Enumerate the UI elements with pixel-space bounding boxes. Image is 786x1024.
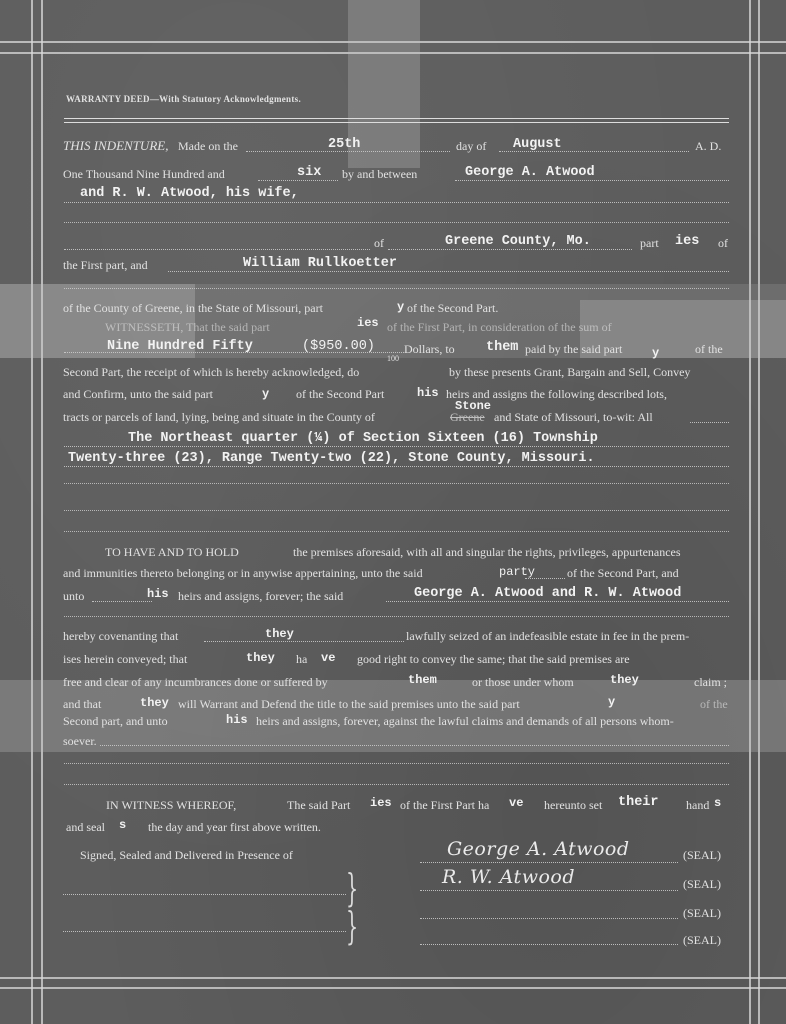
signed-in-presence-label: Signed, Sealed and Delivered in Presence… xyxy=(80,848,293,863)
blank-rule xyxy=(64,222,729,224)
day-value: 25th xyxy=(328,137,360,152)
grantor-signature-line-3[interactable] xyxy=(420,918,678,920)
blank-rule xyxy=(64,763,729,765)
covenants-ha: ha xyxy=(296,652,307,667)
grantee-field-line xyxy=(168,271,729,273)
border-line-bottom-inner xyxy=(0,987,786,989)
soever-field-line xyxy=(100,745,729,747)
legal-description-line-2: Twenty-three (23), Range Twenty-two (22)… xyxy=(68,451,595,466)
grantee-name: William Rullkoetter xyxy=(243,256,397,271)
witness-ve: ve xyxy=(509,796,523,810)
habendum-line-2b: of the Second Part, and xyxy=(567,566,679,581)
witnesseth-line-5b: and State of Missouri, to-wit: All xyxy=(494,410,653,425)
witnesseth-line-4-suffix: y xyxy=(262,387,269,401)
covenants-field-1 xyxy=(204,641,404,643)
seal-label: (SEAL) xyxy=(683,933,721,948)
covenants-line-6: soever. xyxy=(63,734,97,749)
deed-document: WARRANTY DEED—With Statutory Acknowledgm… xyxy=(0,0,786,1024)
all-field-line xyxy=(690,422,729,424)
covenants-line-2b: good right to convey the same; that the … xyxy=(357,652,630,667)
header-divider xyxy=(64,118,729,123)
witnesseth-line-4b: of the Second Part xyxy=(296,387,384,402)
covenants-his: his xyxy=(226,713,248,727)
witness-their: their xyxy=(618,795,659,810)
covenants-they-2: they xyxy=(246,651,275,665)
made-on-label: Made on the xyxy=(178,139,238,154)
witnesseth-line-4a: and Confirm, unto the said part xyxy=(63,387,213,402)
covenants-line-4-suffix: y xyxy=(608,695,615,709)
covenants-them: them xyxy=(408,673,437,687)
blank-rule xyxy=(64,510,729,512)
blank-rule xyxy=(64,531,729,533)
legal-rule-2 xyxy=(64,466,729,468)
covenants-line-4b: will Warrant and Defend the title to the… xyxy=(178,697,520,712)
part-label: part xyxy=(640,236,659,251)
grantor-signature-line-1[interactable] xyxy=(420,862,678,864)
covenants-line-3a: free and clear of any incumbrances done … xyxy=(63,675,328,690)
border-line-bottom-outer xyxy=(0,977,786,979)
covenants-line-2a: ises herein conveyed; that xyxy=(63,652,187,667)
covenants-line-4a: and that xyxy=(63,697,101,712)
witnesseth-line-1a: WITNESSETH, That the said part xyxy=(105,320,270,335)
paid-by-label: paid by the said part xyxy=(525,342,622,357)
of-the-label: of the xyxy=(695,342,723,357)
day-of-label: day of xyxy=(456,139,486,154)
border-line-right-inner xyxy=(758,0,760,1024)
grantor-line-2: and R. W. Atwood, his wife, xyxy=(80,186,299,201)
form-title: WARRANTY DEED—With Statutory Acknowledgm… xyxy=(66,94,301,104)
covenants-they-1: they xyxy=(265,627,294,641)
habendum-line-1: the premises aforesaid, with all and sin… xyxy=(293,545,681,560)
witnesseth-line-5a: tracts or parcels of land, lying, being … xyxy=(63,410,375,425)
seal-label: (SEAL) xyxy=(683,877,721,892)
unto-field-line xyxy=(92,601,152,603)
part-suffix: ies xyxy=(675,234,699,249)
covenants-ve: ve xyxy=(321,651,335,665)
covenants-they-3: they xyxy=(610,673,639,687)
blank-rule xyxy=(64,483,729,485)
witness-ies: ies xyxy=(370,796,392,810)
witness-hands-suffix: s xyxy=(714,796,721,810)
party-field-line xyxy=(525,578,565,580)
witnesseth-suffix: ies xyxy=(357,316,379,330)
amount-words: Nine Hundred Fifty xyxy=(107,339,253,354)
grantor-field-line xyxy=(455,180,729,182)
border-line-right-outer xyxy=(749,0,751,1024)
witness-line-2a: and seal xyxy=(66,820,105,835)
by-between-label: by and between xyxy=(342,167,417,182)
habendum-lead: TO HAVE AND TO HOLD xyxy=(105,545,239,560)
witness-hand: hand xyxy=(686,798,709,813)
habendum-line-3a: unto xyxy=(63,589,84,604)
witnesseth-line-3b: by these presents Grant, Bargain and Sel… xyxy=(449,365,690,380)
habendum-party: party xyxy=(499,565,535,579)
witness-line-1c: of the First Part ha xyxy=(400,798,489,813)
dollars-to-label: Dollars, to xyxy=(404,342,455,357)
covenants-line-1b: lawfully seized of an indefeasible estat… xyxy=(406,629,689,644)
covenants-claim: claim ; xyxy=(694,675,727,690)
grantors-field-line xyxy=(386,601,729,603)
witnesseth-line-1b: of the First Part, in consideration of t… xyxy=(387,320,612,335)
witness-line-1d: hereunto set xyxy=(544,798,602,813)
blank-rule xyxy=(64,288,729,290)
covenants-line-1a: hereby covenanting that xyxy=(63,629,178,644)
witness-seals-suffix: s xyxy=(119,818,126,832)
witnesseth-line-4-his: his xyxy=(417,386,439,400)
seal-label: (SEAL) xyxy=(683,848,721,863)
witness-line-1b: The said Part xyxy=(287,798,350,813)
border-line-left-inner xyxy=(41,0,43,1024)
residence-field-line xyxy=(64,249,370,251)
year-prefix: One Thousand Nine Hundred and xyxy=(63,167,225,182)
witness-lead: IN WITNESS WHEREOF, xyxy=(106,798,236,813)
seal-label: (SEAL) xyxy=(683,906,721,921)
second-part-label: of the Second Part. xyxy=(407,301,498,316)
blank-rule xyxy=(64,616,729,618)
legal-description-line-1: The Northeast quarter (¼) of Section Six… xyxy=(128,431,598,446)
year-value: six xyxy=(297,165,321,180)
amount-figures: ($950.00) xyxy=(302,339,375,354)
indenture-lead: THIS INDENTURE, xyxy=(63,138,168,154)
grantor-county: Greene County, Mo. xyxy=(445,234,591,249)
habendum-his: his xyxy=(147,587,169,601)
habendum-line-2a: and immunities thereto belonging or in a… xyxy=(63,566,423,581)
covenants-line-5b: heirs and assigns, forever, against the … xyxy=(256,714,674,729)
border-line-left-outer xyxy=(31,0,33,1024)
witness-signature-line-1[interactable] xyxy=(63,894,346,896)
county-suffix: y xyxy=(397,300,404,314)
of-label-2: of xyxy=(718,236,728,251)
signature-george-atwood: George A. Atwood xyxy=(447,838,630,860)
county-field-line xyxy=(388,249,632,251)
signature-rw-atwood: R. W. Atwood xyxy=(442,866,575,888)
covenants-line-4c: of the xyxy=(700,697,728,712)
grantor-signature-line-2[interactable] xyxy=(420,890,678,892)
year-field-line xyxy=(258,180,338,182)
cents-denominator: 100 xyxy=(387,354,399,363)
first-part-and-label: the First part, and xyxy=(63,258,148,273)
paid-to: them xyxy=(486,340,518,355)
covenants-line-3b: or those under whom xyxy=(472,675,574,690)
grantor-line-2-rule xyxy=(64,202,729,204)
legal-rule-1 xyxy=(64,446,729,448)
grantor-signature-line-4[interactable] xyxy=(420,944,678,946)
brace-icon: } xyxy=(346,904,358,948)
ad-label: A. D. xyxy=(695,139,721,154)
covenants-line-5a: Second part, and unto xyxy=(63,714,168,729)
habendum-line-3b: heirs and assigns, forever; the said xyxy=(178,589,343,604)
habendum-grantors: George A. Atwood and R. W. Atwood xyxy=(414,586,681,601)
blank-rule xyxy=(64,784,729,786)
covenants-they-4: they xyxy=(140,696,169,710)
of-label: of xyxy=(374,236,384,251)
witness-signature-line-2[interactable] xyxy=(63,931,346,933)
county-overtyped: Stone xyxy=(455,399,491,413)
county-clause: of the County of Greene, in the State of… xyxy=(63,301,323,316)
month-value: August xyxy=(513,137,562,152)
grantor-line-1: George A. Atwood xyxy=(465,165,595,180)
paid-by-suffix: y xyxy=(652,346,659,360)
witness-line-2b: the day and year first above written. xyxy=(148,820,321,835)
witnesseth-line-3: Second Part, the receipt of which is her… xyxy=(63,365,359,380)
